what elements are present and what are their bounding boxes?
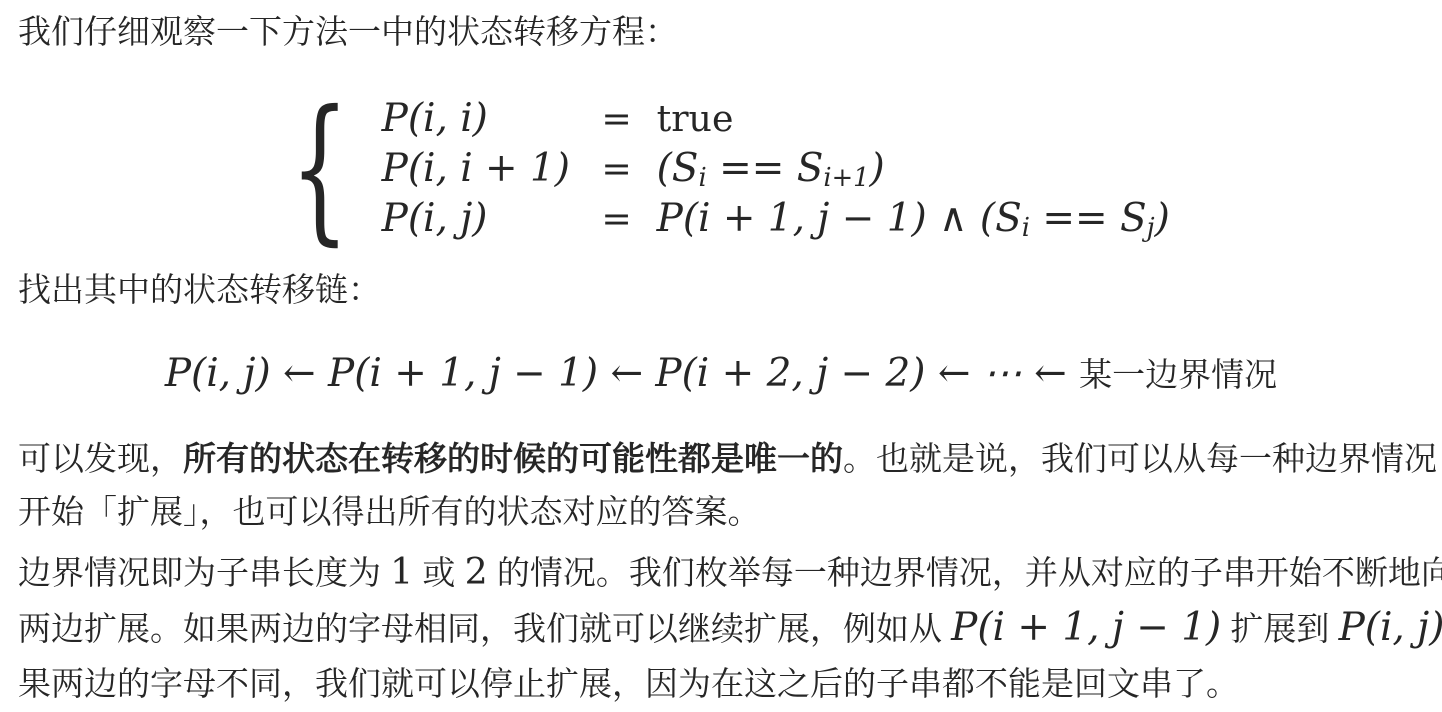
equation-lhs: P(i, j) — [382, 194, 577, 244]
paragraph-intro: 我们仔细观察一下方法一中的状态转移方程： — [18, 8, 1424, 56]
solution-article: 我们仔细观察一下方法一中的状态转移方程： { P(i, i) = true P(… — [0, 0, 1442, 712]
left-curly-brace: { — [290, 90, 349, 248]
math-segment: P(i, i) — [382, 96, 488, 141]
bold-text-segment: 所有的状态在转移的时候的可能性都是唯一的 — [183, 440, 843, 477]
text-segment: 果两边的字母不同，我们就可以停止扩展，因为在这之后的子串都不能是回文串了。 — [18, 665, 1239, 702]
math-segment: j — [1147, 213, 1155, 243]
text-line: 找出其中的状态转移链： — [18, 266, 1424, 314]
math-segment: = — [601, 197, 631, 240]
text-segment: 某一边界情况 — [1079, 356, 1277, 393]
math-segment: = — [601, 97, 631, 140]
text-line: 可以发现，所有的状态在转移的时候的可能性都是唯一的。也就是说，我们可以从每一种边… — [18, 432, 1424, 485]
math-segment: P(i + 1, j − 1) — [951, 605, 1221, 650]
text-line: 开始「扩展」，也可以得出所有的状态对应的答案。 — [18, 485, 1424, 538]
math-segment: P(i + 1, j − 1) ∧ (S — [657, 196, 1022, 241]
equation-lhs: P(i, i + 1) — [382, 144, 577, 194]
text-segment: 我们仔细观察一下方法一中的状态转移方程： — [18, 13, 678, 50]
text-line: 两边扩展。如果两边的字母相同，我们就可以继续扩展，例如从 P(i + 1, j … — [18, 600, 1424, 656]
math-segment: == S — [1030, 196, 1147, 241]
paragraph-boundary-expansion: 边界情况即为子串长度为 1 或 2 的情况。我们枚举每一种边界情况，并从对应的子… — [18, 544, 1424, 711]
equation-equals: = — [577, 94, 657, 144]
text-segment: 可以发现， — [18, 440, 183, 477]
state-transition-chain-formula: P(i, j) ← P(i + 1, j − 1) ← P(i + 2, j −… — [18, 348, 1424, 400]
state-transition-equation-system: { P(i, i) = true P(i, i + 1) = (Si == Si… — [272, 94, 1170, 244]
math-segment: (S — [657, 146, 699, 191]
paragraph-observation: 可以发现，所有的状态在转移的时候的可能性都是唯一的。也就是说，我们可以从每一种边… — [18, 432, 1424, 538]
equation-rows: P(i, i) = true P(i, i + 1) = (Si == Si+1… — [382, 94, 1170, 244]
text-segment: 扩展到 — [1221, 610, 1338, 647]
text-line: 边界情况即为子串长度为 1 或 2 的情况。我们枚举每一种边界情况，并从对应的子… — [18, 544, 1424, 600]
math-segment: 2 — [465, 550, 488, 593]
math-segment: P(i, j) ← P(i + 1, j − 1) ← P(i + 2, j −… — [165, 351, 1079, 396]
math-segment: = — [601, 147, 631, 190]
equation-equals: = — [577, 194, 657, 244]
equation-lhs: P(i, i) — [382, 94, 577, 144]
math-segment: i — [1022, 213, 1030, 243]
equation-equals: = — [577, 144, 657, 194]
equation-rhs: true — [657, 94, 1170, 144]
text-segment: 找出其中的状态转移链： — [18, 271, 381, 308]
math-segment: == S — [707, 146, 824, 191]
math-segment: 1 — [390, 550, 413, 593]
math-segment: ) — [870, 146, 885, 191]
text-line: 果两边的字母不同，我们就可以停止扩展，因为在这之后的子串都不能是回文串了。 — [18, 656, 1424, 711]
math-segment: P(i, j) — [1339, 605, 1442, 650]
paragraph-chain-label: 找出其中的状态转移链： — [18, 266, 1424, 314]
text-segment: 边界情况即为子串长度为 — [18, 554, 390, 591]
text-segment: 。也就是说，我们可以从每一种边界情况 — [843, 440, 1437, 477]
text-segment: 开始「扩展」，也可以得出所有的状态对应的答案。 — [18, 493, 761, 530]
math-segment: P(i, j) — [382, 196, 488, 241]
math-segment: true — [657, 97, 734, 140]
equation-rhs: P(i + 1, j − 1) ∧ (Si == Sj) — [657, 194, 1170, 244]
math-segment: i+1 — [823, 163, 869, 193]
text-segment: 两边扩展。如果两边的字母相同，我们就可以继续扩展，例如从 — [18, 610, 951, 647]
math-segment: P(i, i + 1) — [382, 146, 570, 191]
text-segment: 或 — [413, 554, 464, 591]
equation-rhs: (Si == Si+1) — [657, 144, 1170, 194]
text-line: 我们仔细观察一下方法一中的状态转移方程： — [18, 8, 1424, 56]
math-segment: i — [698, 163, 706, 193]
text-segment: 的情况。我们枚举每一种边界情况，并从对应的子串开始不断地向 — [488, 554, 1442, 591]
math-segment: ) — [1155, 196, 1170, 241]
